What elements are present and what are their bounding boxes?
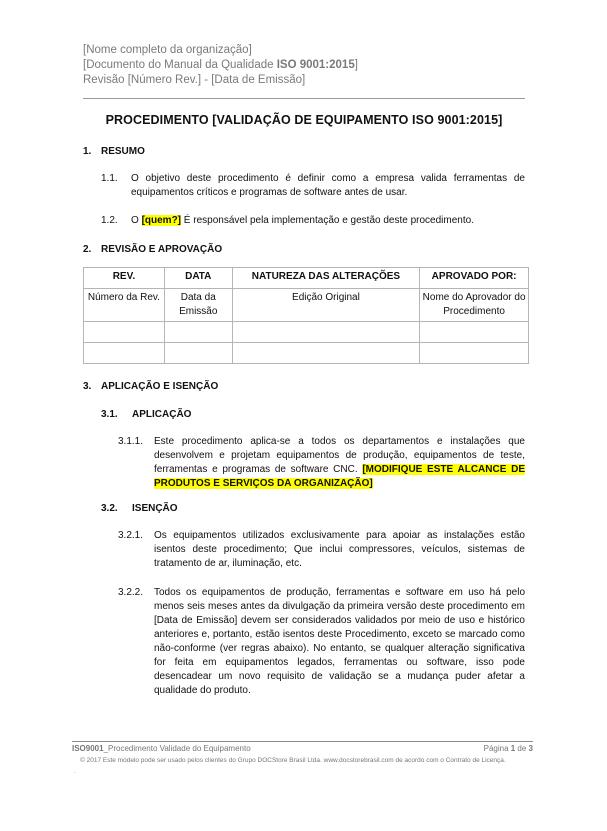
table-row — [84, 343, 529, 364]
para-number: 3.2.2. — [118, 586, 143, 600]
footer-doc-name: ISO9001_Procedimento Validade do Equipam… — [72, 744, 251, 753]
table-row: Número da Rev. Data da Emissão Edição Or… — [84, 289, 529, 322]
col-header-data: DATA — [164, 268, 232, 289]
paragraph-3-1-1: Este procedimento aplica-se a todos os d… — [154, 435, 525, 491]
cell-data: Data da Emissão — [164, 289, 232, 322]
cell-natureza — [232, 322, 420, 343]
manual-title: [Documento do Manual da Qualidade ISO 90… — [83, 58, 358, 73]
header-divider — [83, 98, 525, 99]
footer-divider — [72, 741, 533, 742]
paragraph-1-2: O [quem?] É responsável pela implementaç… — [131, 214, 525, 228]
section-heading-aplicacao-isencao: 3.APLICAÇÃO E ISENÇÃO — [83, 381, 218, 392]
paragraph-3-2-1: Os equipamentos utilizados exclusivament… — [154, 529, 525, 571]
table-row — [84, 322, 529, 343]
col-header-aprovado: APROVADO POR: — [420, 268, 529, 289]
revision-line: Revisão [Número Rev.] - [Data de Emissão… — [83, 73, 358, 88]
cell-aprovado: Nome do Aprovador do Procedimento — [420, 289, 529, 322]
cell-rev — [84, 343, 165, 364]
para-number: 1.1. — [101, 172, 118, 186]
section-heading-revisao: 2.REVISÃO E APROVAÇÃO — [83, 244, 222, 255]
footer-line: ISO9001_Procedimento Validade do Equipam… — [72, 744, 533, 753]
section-heading-resumo: 1.RESUMO — [83, 146, 145, 157]
cell-aprovado — [420, 343, 529, 364]
stray-mark: . — [74, 768, 76, 775]
subsection-heading-aplicacao: 3.1.APLICAÇÃO — [101, 409, 191, 420]
document-header: [Nome completo da organização] [Document… — [83, 43, 358, 88]
document-page: [Nome completo da organização] [Document… — [0, 0, 607, 831]
cell-natureza — [232, 343, 420, 364]
table-header-row: REV. DATA NATUREZA DAS ALTERAÇÕES APROVA… — [84, 268, 529, 289]
para-number: 3.1.1. — [118, 435, 143, 449]
cell-aprovado — [420, 322, 529, 343]
page-number: Página 1 de 3 — [484, 744, 533, 753]
revision-table: REV. DATA NATUREZA DAS ALTERAÇÕES APROVA… — [83, 267, 529, 364]
para-number: 1.2. — [101, 214, 118, 228]
subsection-heading-isencao: 3.2.ISENÇÃO — [101, 503, 178, 514]
para-number: 3.2.1. — [118, 529, 143, 543]
copyright-notice: © 2017 Este modelo pode ser usado pelos … — [80, 757, 506, 764]
cell-data — [164, 322, 232, 343]
paragraph-1-1: O objetivo deste procedimento é definir … — [131, 172, 525, 200]
cell-data — [164, 343, 232, 364]
placeholder-highlight: [quem?] — [142, 215, 181, 226]
cell-rev: Número da Rev. — [84, 289, 165, 322]
page-title: PROCEDIMENTO [VALIDAÇÃO DE EQUIPAMENTO I… — [83, 113, 525, 127]
cell-natureza: Edição Original — [232, 289, 420, 322]
col-header-rev: REV. — [84, 268, 165, 289]
paragraph-3-2-2: Todos os equipamentos de produção, ferra… — [154, 586, 525, 698]
cell-rev — [84, 322, 165, 343]
col-header-natureza: NATUREZA DAS ALTERAÇÕES — [232, 268, 420, 289]
org-name: [Nome completo da organização] — [83, 43, 358, 58]
